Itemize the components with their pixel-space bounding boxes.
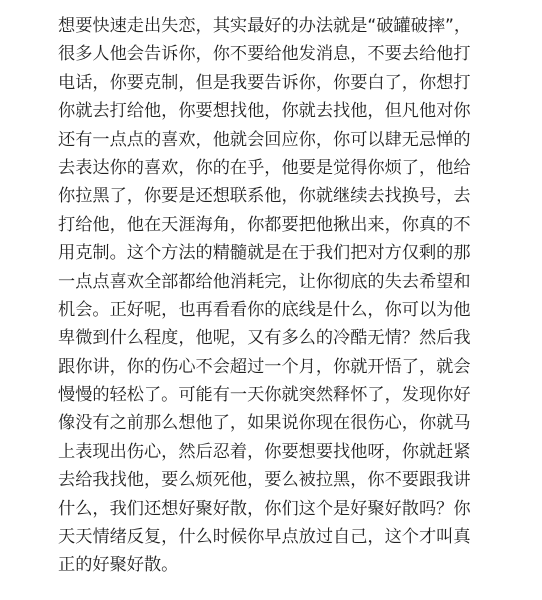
- text-line: 慢慢的轻松了。可能有一天你就突然释怀了，发现你好: [58, 381, 478, 409]
- text-line: 正的好聚好散。: [58, 551, 478, 579]
- text-line: 上表现出伤心，然后忍着，你要想要找他呀，你就赶紧: [58, 438, 478, 466]
- text-line: 用克制。这个方法的精髓就是在于我们把对方仅剩的那: [58, 239, 478, 267]
- text-line: 卑微到什么程度，他呢，又有多么的冷酷无情？然后我: [58, 324, 478, 352]
- text-line: 像没有之前那么想他了，如果说你现在很伤心，你就马: [58, 409, 478, 437]
- text-line: 什么，我们还想好聚好散，你们这个是好聚好散吗？你: [58, 495, 478, 523]
- text-line: 打给他，他在天涯海角，你都要把他揪出来，你真的不: [58, 211, 478, 239]
- document-body: 想要快速走出失恋，其实最好的办法就是“破罐破摔”， 很多人他会告诉你，你不要给他…: [58, 12, 478, 580]
- text-line: 一点点喜欢全部都给他消耗完，让你彻底的失去希望和: [58, 268, 478, 296]
- text-line: 去给我找他，要么烦死他，要么被拉黑，你不要跟我讲: [58, 466, 478, 494]
- text-line: 想要快速走出失恋，其实最好的办法就是“破罐破摔”，: [58, 12, 478, 40]
- text-line: 电话，你要克制，但是我要告诉你，你要白了，你想打: [58, 69, 478, 97]
- text-line: 还有一点点的喜欢，他就会回应你，你可以肆无忌惮的: [58, 126, 478, 154]
- text-line: 你就去打给他，你要想找他，你就去找他，但凡他对你: [58, 97, 478, 125]
- text-line: 机会。正好呢，也再看看你的底线是什么，你可以为他: [58, 296, 478, 324]
- text-line: 跟你讲，你的伤心不会超过一个月，你就开悟了，就会: [58, 353, 478, 381]
- text-line: 很多人他会告诉你，你不要给他发消息，不要去给他打: [58, 40, 478, 68]
- text-line: 天天情绪反复，什么时候你早点放过自己，这个才叫真: [58, 523, 478, 551]
- text-line: 去表达你的喜欢，你的在乎，他要是觉得你烦了，他给: [58, 154, 478, 182]
- text-line: 你拉黑了，你要是还想联系他，你就继续去找换号，去: [58, 182, 478, 210]
